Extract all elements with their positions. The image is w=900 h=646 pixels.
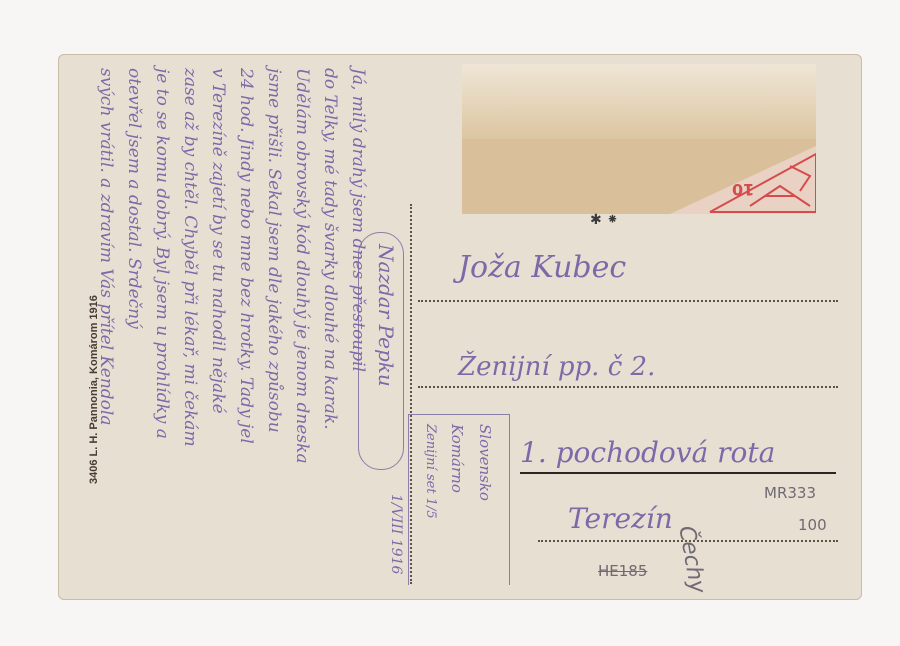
message-line: do Telky, mé tady švarky dlouhé na karak… xyxy=(320,68,340,430)
recipient-company: 1. pochodová rota xyxy=(520,436,775,469)
message-line: zase až by chtěl. Chyběl při lékař, mi č… xyxy=(180,68,200,447)
message-line: Já, milý drahý jsem dnes přestoupil xyxy=(348,68,368,372)
date: 1/VIII 1916 xyxy=(388,494,404,574)
recipient-name: Joža Kubec xyxy=(458,250,626,285)
pencil-struck-code: HE185 xyxy=(598,562,647,580)
address-line-2 xyxy=(418,386,838,388)
recipient-unit: Ženijní pp. č 2. xyxy=(458,352,655,382)
pencil-price-note: 100 xyxy=(798,516,827,534)
greeting: Nazdar Pepku xyxy=(374,244,398,387)
message-line: 24 hod. Jindy nebo mne bez hrotky. Tady … xyxy=(236,68,256,444)
message-line: v Terezíně zajetí by se tu nahodil nějak… xyxy=(208,68,228,414)
pencil-region-note: Čechy xyxy=(673,524,709,595)
stamp-denomination: 10 xyxy=(732,180,754,199)
sender-line-1: Zenijní set 1/5 xyxy=(423,424,438,519)
recipient-city: Terezín xyxy=(568,502,673,535)
address-underline xyxy=(520,472,836,474)
sender-line-3: Slovensko xyxy=(476,424,494,501)
message-line: otevřel jsem a dostal. Srdečný xyxy=(124,68,144,329)
sender-line-2: Komárno xyxy=(448,424,466,493)
address-line-1 xyxy=(418,300,838,302)
postmark: ✱ ⁕ xyxy=(590,212,670,232)
message-line: svých vrátil. a zdravím Vás přítel Kendo… xyxy=(96,68,116,426)
postcard: 10 ✱ ⁕ 3406 L. H. Pannonia, Komárom 1916… xyxy=(58,54,862,600)
message-line: je to se komu dobrý. Byl jsem u prohlídk… xyxy=(152,68,172,439)
message-line: jsme přišli. Sekal jsem dle jakého způso… xyxy=(264,68,284,433)
message-line: Udělám obrovský kód dlouhý je jenom dnes… xyxy=(292,68,312,464)
pencil-catalog-note: MR333 xyxy=(764,484,816,502)
